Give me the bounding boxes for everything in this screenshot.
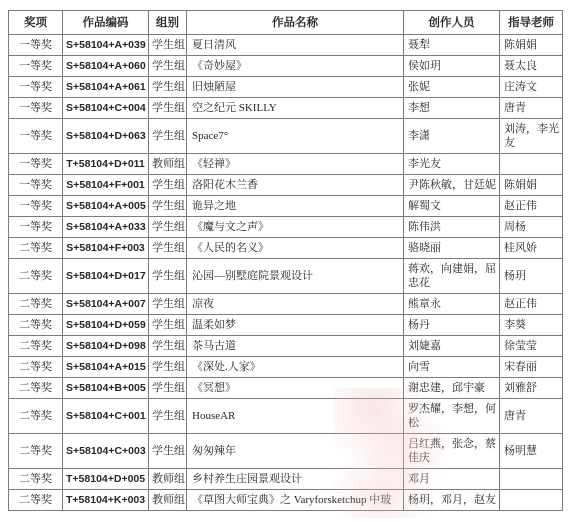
cell-advisor: 周杨 xyxy=(500,217,563,238)
cell-code: S+58104+C+004 xyxy=(63,98,149,119)
cell-title: 《草图大师宝典》之 Varyforsketchup 中玻 xyxy=(187,490,404,511)
cell-code: S+58104+A+005 xyxy=(63,196,149,217)
cell-advisor: 唐青 xyxy=(500,98,563,119)
cell-award: 二等奖 xyxy=(9,259,63,294)
cell-award: 二等奖 xyxy=(9,357,63,378)
cell-award: 一等奖 xyxy=(9,56,63,77)
cell-title: 夏日清风 xyxy=(187,35,404,56)
cell-creators: 陈伟洪 xyxy=(404,217,500,238)
cell-creators: 蒋欢，向建娟，屈忠花 xyxy=(404,259,500,294)
cell-code: S+58104+A+015 xyxy=(63,357,149,378)
cell-creators: 侯如玥 xyxy=(404,56,500,77)
cell-code: T+58104+K+003 xyxy=(63,490,149,511)
cell-group: 学生组 xyxy=(149,259,187,294)
table-row: 一等奖T+58104+D+011教师组《轻禅》李光友 xyxy=(9,154,563,175)
cell-creators: 解蜀文 xyxy=(404,196,500,217)
header-award: 奖项 xyxy=(9,11,63,35)
cell-advisor xyxy=(500,154,563,175)
cell-title: 乡村养生庄园景观设计 xyxy=(187,469,404,490)
cell-advisor: 刘涛，李光友 xyxy=(500,119,563,154)
table-row: 一等奖S+58104+A+039学生组夏日清风聂犁陈娟娟 xyxy=(9,35,563,56)
cell-code: T+58104+D+011 xyxy=(63,154,149,175)
header-title: 作品名称 xyxy=(187,11,404,35)
cell-group: 教师组 xyxy=(149,154,187,175)
cell-award: 一等奖 xyxy=(9,196,63,217)
cell-advisor: 杨明慧 xyxy=(500,434,563,469)
cell-title: 沁园—别墅庭院景观设计 xyxy=(187,259,404,294)
cell-award: 一等奖 xyxy=(9,175,63,196)
cell-group: 学生组 xyxy=(149,98,187,119)
cell-group: 学生组 xyxy=(149,294,187,315)
header-creators: 创作人员 xyxy=(404,11,500,35)
cell-title: 空之纪元 SKILLY xyxy=(187,98,404,119)
cell-creators: 熊章永 xyxy=(404,294,500,315)
cell-award: 一等奖 xyxy=(9,98,63,119)
table-row: 二等奖S+58104+A+007学生组凉夜熊章永赵正伟 xyxy=(9,294,563,315)
header-group: 组别 xyxy=(149,11,187,35)
cell-title: 《冥想》 xyxy=(187,378,404,399)
cell-award: 一等奖 xyxy=(9,77,63,98)
cell-title: 诡异之地 xyxy=(187,196,404,217)
cell-group: 学生组 xyxy=(149,35,187,56)
cell-creators: 李想 xyxy=(404,98,500,119)
cell-creators: 刘婕嘉 xyxy=(404,336,500,357)
cell-award: 一等奖 xyxy=(9,154,63,175)
cell-group: 教师组 xyxy=(149,490,187,511)
cell-group: 学生组 xyxy=(149,399,187,434)
cell-creators: 李潇 xyxy=(404,119,500,154)
cell-advisor: 杨玥 xyxy=(500,259,563,294)
cell-title: 凉夜 xyxy=(187,294,404,315)
cell-title: 《魔与文之声》 xyxy=(187,217,404,238)
cell-creators: 向雪 xyxy=(404,357,500,378)
table-row: 二等奖S+58104+D+059学生组温柔如梦杨丹李葵 xyxy=(9,315,563,336)
cell-creators: 杨玥，邓月，赵友 xyxy=(404,490,500,511)
table-row: 一等奖S+58104+A+005学生组诡异之地解蜀文赵正伟 xyxy=(9,196,563,217)
cell-group: 学生组 xyxy=(149,56,187,77)
header-row: 奖项 作品编码 组别 作品名称 创作人员 指导老师 xyxy=(9,11,563,35)
cell-code: S+58104+D+098 xyxy=(63,336,149,357)
table-row: 二等奖S+58104+C+003学生组匆匆辣年吕红燕，张念，蔡佳庆杨明慧 xyxy=(9,434,563,469)
table-row: 二等奖S+58104+A+015学生组《深处.人家》向雪宋春丽 xyxy=(9,357,563,378)
cell-code: S+58104+F+001 xyxy=(63,175,149,196)
cell-group: 教师组 xyxy=(149,469,187,490)
cell-code: S+58104+D+059 xyxy=(63,315,149,336)
table-body: 一等奖S+58104+A+039学生组夏日清风聂犁陈娟娟一等奖S+58104+A… xyxy=(9,35,563,511)
cell-creators: 聂犁 xyxy=(404,35,500,56)
cell-title: 匆匆辣年 xyxy=(187,434,404,469)
cell-code: S+58104+D+063 xyxy=(63,119,149,154)
cell-title: 《轻禅》 xyxy=(187,154,404,175)
cell-advisor: 唐青 xyxy=(500,399,563,434)
cell-code: S+58104+A+039 xyxy=(63,35,149,56)
cell-creators: 骆晓丽 xyxy=(404,238,500,259)
cell-code: S+58104+F+003 xyxy=(63,238,149,259)
table-row: 二等奖S+58104+D+098学生组茶马古道刘婕嘉徐莹莹 xyxy=(9,336,563,357)
cell-award: 二等奖 xyxy=(9,490,63,511)
cell-advisor: 李葵 xyxy=(500,315,563,336)
cell-creators: 杨丹 xyxy=(404,315,500,336)
cell-code: S+58104+D+017 xyxy=(63,259,149,294)
cell-group: 学生组 xyxy=(149,238,187,259)
header-code: 作品编码 xyxy=(63,11,149,35)
cell-code: S+58104+B+005 xyxy=(63,378,149,399)
header-advisor: 指导老师 xyxy=(500,11,563,35)
cell-code: S+58104+A+060 xyxy=(63,56,149,77)
awards-table: 奖项 作品编码 组别 作品名称 创作人员 指导老师 一等奖S+58104+A+0… xyxy=(8,10,563,511)
cell-title: 旧烛陋屋 xyxy=(187,77,404,98)
cell-creators: 谢忠建，邱宇豪 xyxy=(404,378,500,399)
cell-group: 学生组 xyxy=(149,217,187,238)
cell-award: 二等奖 xyxy=(9,378,63,399)
cell-award: 二等奖 xyxy=(9,434,63,469)
cell-advisor: 桂风娇 xyxy=(500,238,563,259)
cell-code: S+58104+C+001 xyxy=(63,399,149,434)
table-row: 一等奖S+58104+A+033学生组《魔与文之声》陈伟洪周杨 xyxy=(9,217,563,238)
table-row: 二等奖S+58104+F+003学生组《人民的名义》骆晓丽桂风娇 xyxy=(9,238,563,259)
cell-advisor: 宋春丽 xyxy=(500,357,563,378)
table-row: 二等奖S+58104+C+001学生组HouseAR罗杰耀，李想，何松唐青 xyxy=(9,399,563,434)
cell-advisor: 陈娟娟 xyxy=(500,35,563,56)
cell-title: HouseAR xyxy=(187,399,404,434)
cell-award: 二等奖 xyxy=(9,469,63,490)
cell-advisor xyxy=(500,490,563,511)
cell-award: 二等奖 xyxy=(9,336,63,357)
cell-title: 《奇妙屋》 xyxy=(187,56,404,77)
table-row: 一等奖S+58104+F+001学生组洛阳花木兰香尹陈秋敏，甘廷妮陈娟娟 xyxy=(9,175,563,196)
cell-title: 《人民的名义》 xyxy=(187,238,404,259)
cell-award: 一等奖 xyxy=(9,35,63,56)
cell-group: 学生组 xyxy=(149,119,187,154)
table-row: 二等奖T+58104+K+003教师组《草图大师宝典》之 Varyforsket… xyxy=(9,490,563,511)
cell-advisor: 聂太良 xyxy=(500,56,563,77)
table-row: 二等奖S+58104+D+017学生组沁园—别墅庭院景观设计蒋欢，向建娟，屈忠花… xyxy=(9,259,563,294)
cell-creators: 尹陈秋敏，甘廷妮 xyxy=(404,175,500,196)
cell-group: 学生组 xyxy=(149,77,187,98)
cell-code: S+58104+C+003 xyxy=(63,434,149,469)
cell-group: 学生组 xyxy=(149,336,187,357)
cell-group: 学生组 xyxy=(149,315,187,336)
cell-group: 学生组 xyxy=(149,357,187,378)
cell-title: 洛阳花木兰香 xyxy=(187,175,404,196)
cell-award: 二等奖 xyxy=(9,399,63,434)
cell-award: 二等奖 xyxy=(9,238,63,259)
cell-creators: 吕红燕，张念，蔡佳庆 xyxy=(404,434,500,469)
cell-title: 《深处.人家》 xyxy=(187,357,404,378)
cell-advisor xyxy=(500,469,563,490)
cell-group: 学生组 xyxy=(149,196,187,217)
cell-title: 温柔如梦 xyxy=(187,315,404,336)
table-row: 一等奖S+58104+C+004学生组空之纪元 SKILLY李想唐青 xyxy=(9,98,563,119)
cell-code: S+58104+A+007 xyxy=(63,294,149,315)
cell-group: 学生组 xyxy=(149,175,187,196)
cell-award: 二等奖 xyxy=(9,294,63,315)
cell-title: Space7° xyxy=(187,119,404,154)
cell-creators: 罗杰耀，李想，何松 xyxy=(404,399,500,434)
cell-advisor: 刘雅舒 xyxy=(500,378,563,399)
table-row: 二等奖T+58104+D+005教师组乡村养生庄园景观设计邓月 xyxy=(9,469,563,490)
table-row: 一等奖S+58104+A+061学生组旧烛陋屋张妮庄涛文 xyxy=(9,77,563,98)
cell-code: S+58104+A+033 xyxy=(63,217,149,238)
table-row: 一等奖S+58104+A+060学生组《奇妙屋》侯如玥聂太良 xyxy=(9,56,563,77)
cell-code: S+58104+A+061 xyxy=(63,77,149,98)
cell-advisor: 赵正伟 xyxy=(500,196,563,217)
cell-group: 学生组 xyxy=(149,434,187,469)
cell-creators: 李光友 xyxy=(404,154,500,175)
cell-advisor: 徐莹莹 xyxy=(500,336,563,357)
cell-advisor: 陈娟娟 xyxy=(500,175,563,196)
cell-advisor: 庄涛文 xyxy=(500,77,563,98)
cell-group: 学生组 xyxy=(149,378,187,399)
cell-advisor: 赵正伟 xyxy=(500,294,563,315)
cell-award: 二等奖 xyxy=(9,315,63,336)
cell-creators: 张妮 xyxy=(404,77,500,98)
cell-award: 一等奖 xyxy=(9,217,63,238)
cell-code: T+58104+D+005 xyxy=(63,469,149,490)
table-row: 二等奖S+58104+B+005学生组《冥想》谢忠建，邱宇豪刘雅舒 xyxy=(9,378,563,399)
cell-title: 茶马古道 xyxy=(187,336,404,357)
cell-creators: 邓月 xyxy=(404,469,500,490)
cell-award: 一等奖 xyxy=(9,119,63,154)
table-row: 一等奖S+58104+D+063学生组Space7°李潇刘涛，李光友 xyxy=(9,119,563,154)
